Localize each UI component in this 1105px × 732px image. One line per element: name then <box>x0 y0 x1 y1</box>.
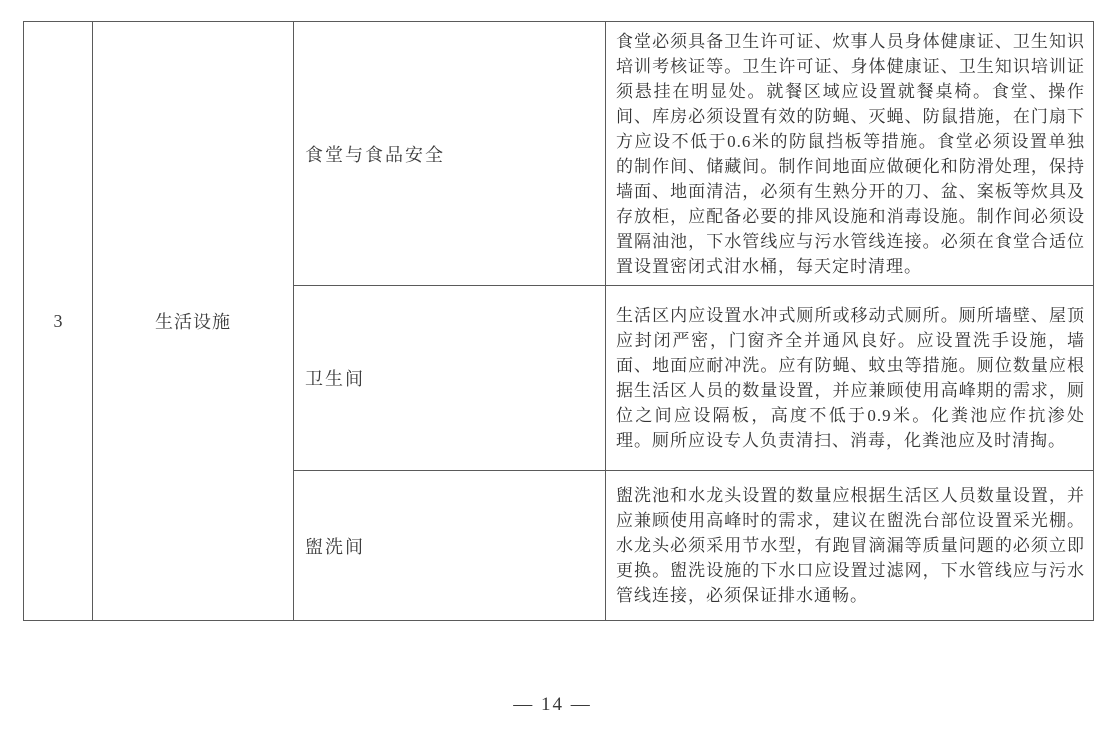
description-cell-toilet: 生活区内应设置水冲式厕所或移动式厕所。厕所墙壁、屋顶应封闭严密，门窗齐全并通风良… <box>606 286 1094 471</box>
subcategory-cell-toilet: 卫生间 <box>294 286 606 471</box>
document-page: 3 生活设施 食堂与食品安全 食堂必须具备卫生许可证、炊事人员身体健康证、卫生知… <box>0 0 1105 732</box>
table-row: 3 生活设施 食堂与食品安全 食堂必须具备卫生许可证、炊事人员身体健康证、卫生知… <box>24 22 1094 286</box>
category-cell: 生活设施 <box>93 22 294 621</box>
page-number: — 14 — <box>0 694 1105 716</box>
subcategory-cell-canteen: 食堂与食品安全 <box>294 22 606 286</box>
description-cell-canteen: 食堂必须具备卫生许可证、炊事人员身体健康证、卫生知识培训考核证等。卫生许可证、身… <box>606 22 1094 286</box>
facilities-spec-table: 3 生活设施 食堂与食品安全 食堂必须具备卫生许可证、炊事人员身体健康证、卫生知… <box>23 21 1094 621</box>
description-cell-washroom: 盥洗池和水龙头设置的数量应根据生活区人员数量设置，并应兼顾使用高峰时的需求，建议… <box>606 471 1094 621</box>
subcategory-cell-washroom: 盥洗间 <box>294 471 606 621</box>
row-number-cell: 3 <box>24 22 93 621</box>
